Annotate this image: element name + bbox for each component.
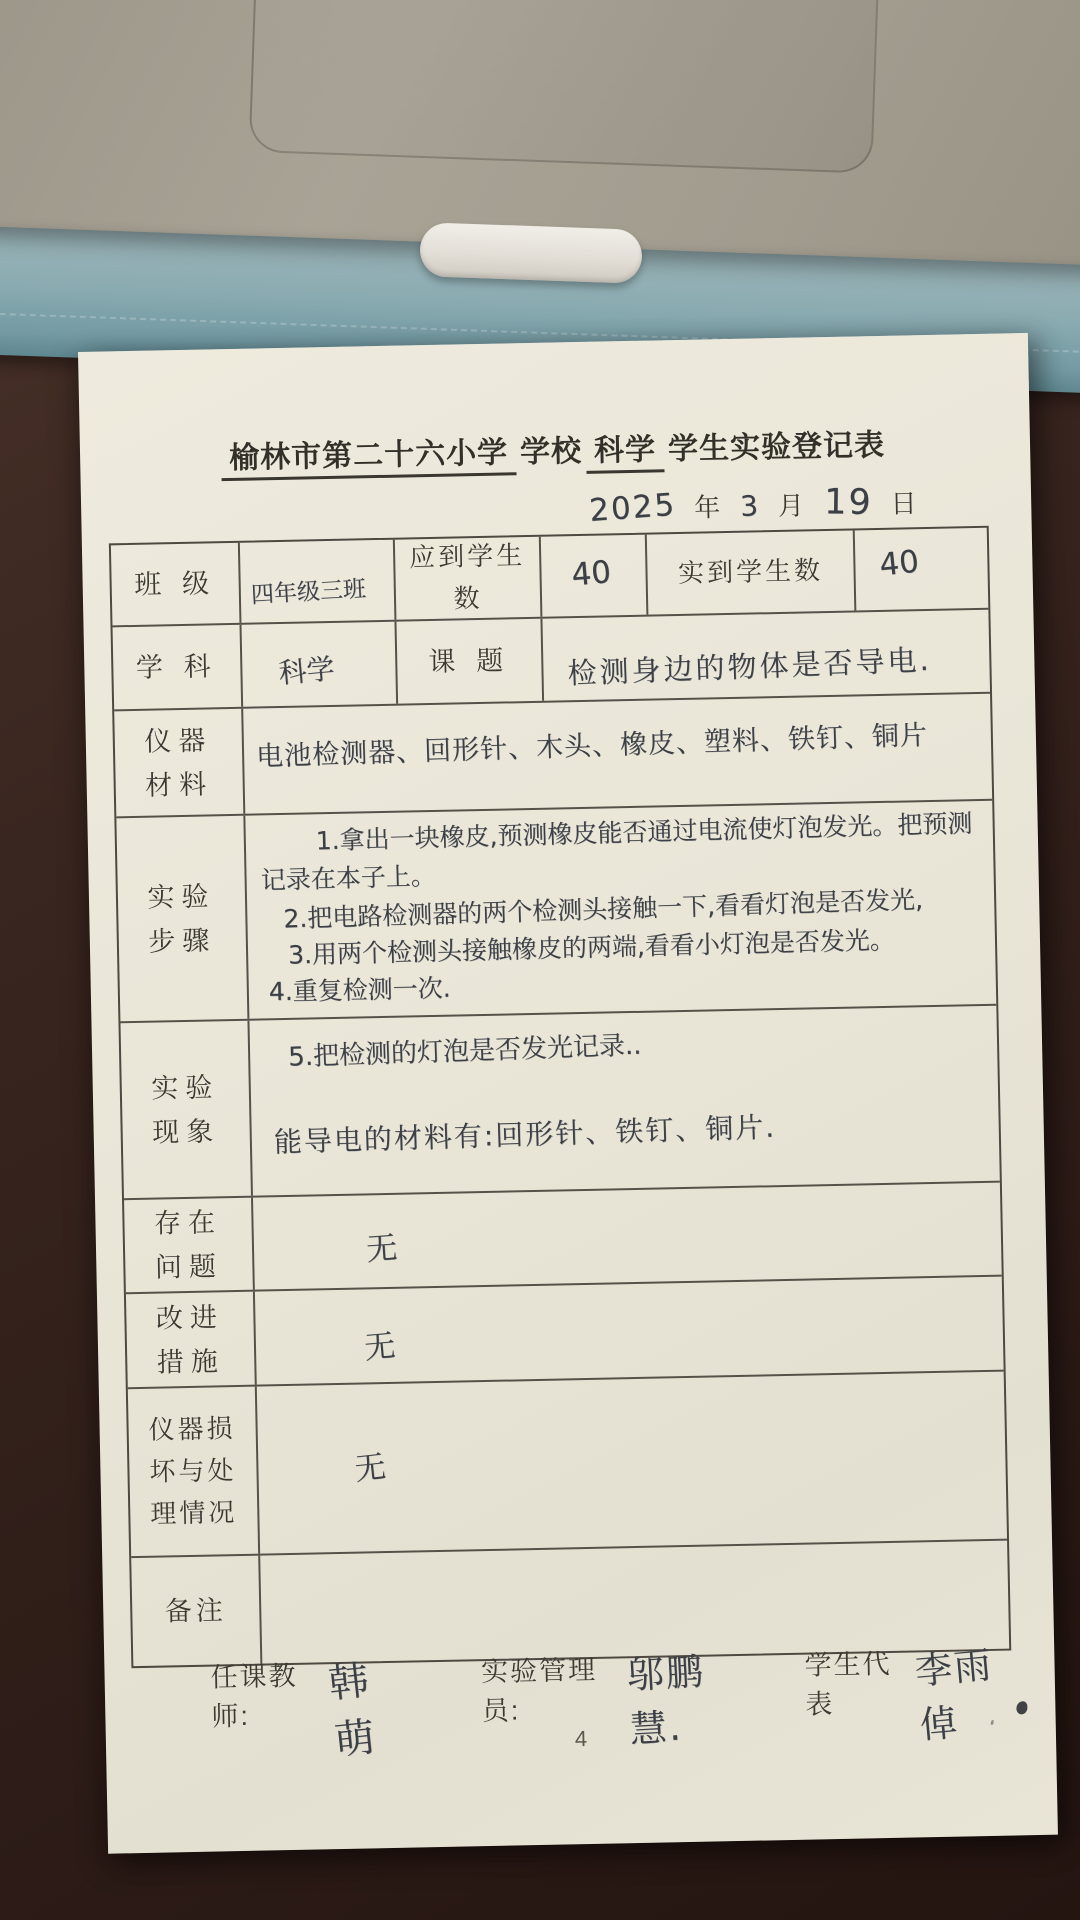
date-day-unit: 日 (890, 483, 919, 521)
materials-value-cell: 电池检测器、回形针、木头、橡皮、塑料、铁钉、铜片 (243, 694, 992, 814)
table-row-phenomena: 实验 现象 5.把检测的灯泡是否发光记录.. 能导电的材料有:回形针、铁钉、铜片… (120, 1006, 999, 1201)
actual-students-value-handwritten: 40 (878, 544, 921, 584)
registration-table: 班 级 四年级三班 应到学生数 40 实到学生数 40 学 科 科学 课 题 检… (109, 526, 1011, 1668)
table-row-damage: 仪器损 坏与处 理情况 无 (128, 1372, 1007, 1559)
class-label: 班 级 (111, 543, 242, 626)
problems-value-handwritten: 无 (364, 1222, 398, 1269)
manager-label: 实验管理员: (481, 1647, 623, 1728)
expected-students-cell: 40 (541, 535, 649, 617)
materials-label: 仪器 材料 (114, 709, 245, 817)
teacher-label: 任课教师: (210, 1653, 326, 1733)
student-label: 学生代表 (804, 1642, 911, 1722)
ink-blot (1016, 1701, 1027, 1714)
actual-students-cell: 40 (855, 528, 989, 611)
laptop-rubber-foot (419, 222, 643, 284)
table-row-steps: 实验 步骤 1.拿出一块橡皮,预测橡皮能否通过电流使灯泡发光。把预测记录在本子上… (116, 801, 996, 1024)
problems-value-cell: 无 (253, 1183, 1002, 1290)
school-name: 榆林市第二十六小学 (221, 436, 517, 481)
date-day-handwritten: 19 (824, 482, 873, 523)
subject-label: 学 科 (113, 625, 244, 710)
steps-label: 实验 步骤 (116, 816, 249, 1022)
improvements-value-cell: 无 (255, 1277, 1004, 1385)
improvements-value-handwritten: 无 (362, 1320, 397, 1368)
laptop-panel-outline (249, 0, 886, 174)
topic-value-handwritten: 检测身边的物体是否导电. (567, 638, 933, 693)
class-value-handwritten: 四年级三班 (250, 570, 367, 609)
subject-value-handwritten: 科学 (277, 647, 336, 692)
expected-students-label: 应到学生数 (395, 537, 543, 620)
table-row-improvements: 改进 措施 无 (126, 1277, 1004, 1390)
date-line: 2025 年 3 月 19 日 (589, 481, 919, 528)
phenomena-value-cell: 5.把检测的灯泡是否发光记录.. 能导电的材料有:回形针、铁钉、铜片. (249, 1006, 999, 1196)
school-label: 学校 (516, 435, 587, 469)
form-title: 榆林市第二十六小学学校科学学生实验登记表 (80, 417, 1031, 480)
date-month-unit: 月 (778, 485, 807, 523)
damage-label: 仪器损 坏与处 理情况 (128, 1387, 260, 1557)
table-row-problems: 存在 问题 无 (124, 1183, 1002, 1295)
date-month-handwritten: 3 (739, 489, 761, 523)
class-value-cell: 四年级三班 (240, 540, 397, 623)
table-row-materials: 仪器 材料 电池检测器、回形针、木头、橡皮、塑料、铁钉、铜片 (114, 694, 992, 819)
subject-blank: 科学 (586, 433, 665, 474)
damage-value-cell: 无 (257, 1372, 1007, 1554)
phenomena-line-1-handwritten: 5.把检测的灯泡是否发光记录.. (250, 1012, 998, 1074)
topic-value-cell: 检测身边的物体是否导电. (542, 610, 990, 701)
phenomena-label: 实验 现象 (120, 1021, 252, 1199)
title-suffix: 学生实验登记表 (664, 429, 890, 467)
date-year-handwritten: 2025 (588, 487, 677, 529)
actual-students-label: 实到学生数 (647, 530, 857, 614)
expected-students-value-handwritten: 40 (570, 554, 613, 593)
steps-value-cell: 1.拿出一块橡皮,预测橡皮能否通过电流使灯泡发光。把预测记录在本子上。 2.把电… (245, 801, 996, 1019)
date-year-unit: 年 (694, 487, 723, 525)
damage-value-handwritten: 无 (352, 1441, 388, 1489)
improvements-label: 改进 措施 (126, 1292, 257, 1388)
remarks-label: 备注 (131, 1556, 262, 1667)
subject-value-cell: 科学 (242, 622, 399, 707)
materials-value-handwritten: 电池检测器、回形针、木头、橡皮、塑料、铁钉、铜片 (256, 713, 929, 774)
phenomena-line-2-handwritten: 能导电的材料有:回形针、铁钉、铜片. (251, 1099, 999, 1162)
experiment-form-sheet: 榆林市第二十六小学学校科学学生实验登记表 2025 年 3 月 19 日 班 级… (78, 333, 1058, 1854)
problems-label: 存在 问题 (124, 1198, 255, 1293)
topic-label: 课 题 (396, 619, 544, 704)
